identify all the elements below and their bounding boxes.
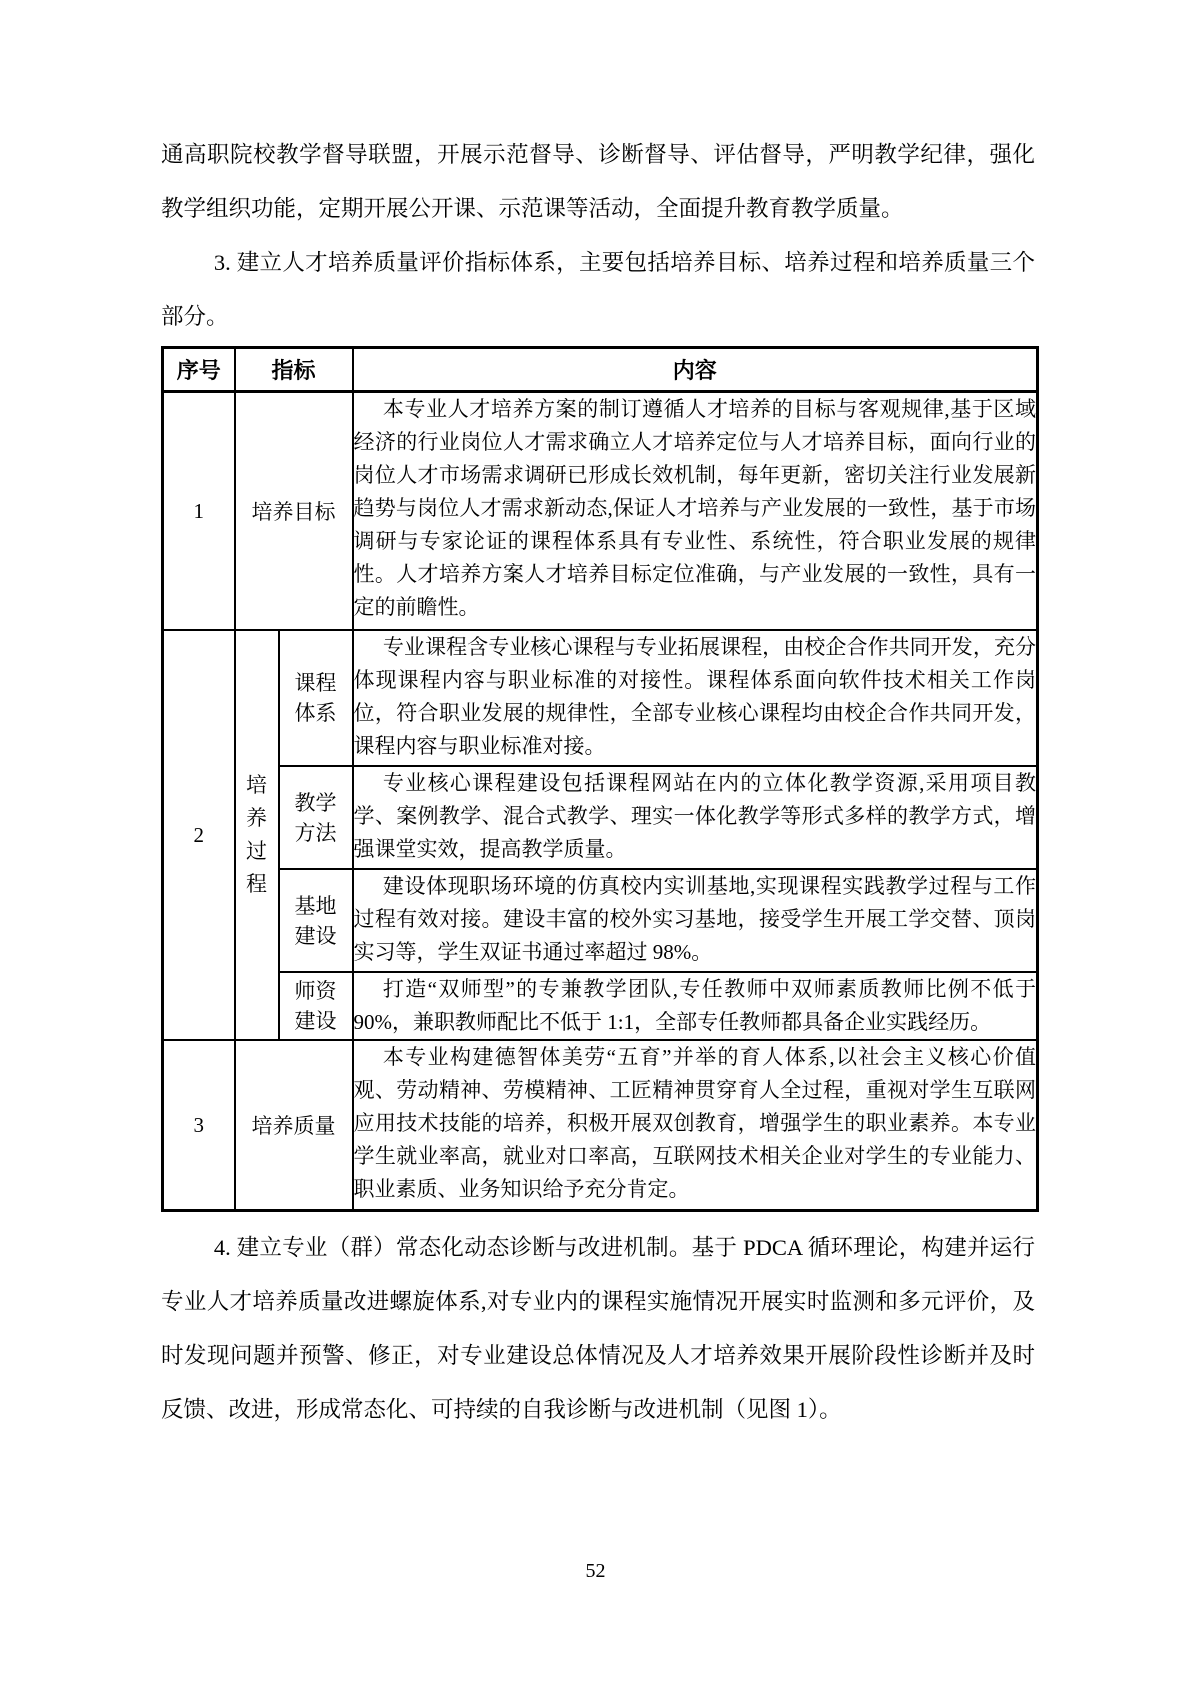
row2-sub3-content-cell: 建设体现职场环境的仿真校内实训基地,实现课程实践教学过程与工作过程有效对接。建设… [353, 869, 1038, 972]
table-row-2-sub-1: 2 培养过程 课程体系 专业课程含专业核心课程与专业拓展课程，由校企合作共同开发… [163, 630, 1038, 766]
sub-label: 课程体系 [294, 668, 338, 728]
row1-no-cell: 1 [163, 392, 235, 631]
intro-paragraph-continuation: 通高职院校教学督导联盟，开展示范督导、诊断督导、评估督导，严明教学纪律，强化教学… [161, 128, 1035, 236]
vertical-label: 培养过程 [245, 769, 268, 901]
row2-sub3-label-cell: 基地建设 [279, 869, 353, 972]
intro-paragraph-item-3: 3. 建立人才培养质量评价指标体系，主要包括培养目标、培养过程和培养质量三个部分… [161, 236, 1035, 344]
row2-sub1-label-cell: 课程体系 [279, 630, 353, 766]
table-row-2-sub-2: 教学方法 专业核心课程建设包括课程网站在内的立体化教学资源,采用项目教学、案例教… [163, 766, 1038, 869]
table-row-2-sub-4: 师资建设 打造“双师型”的专兼教学团队,专任教师中双师素质教师比例不低于 90%… [163, 972, 1038, 1040]
table-row-1: 1 培养目标 本专业人才培养方案的制订遵循人才培养的目标与客观规律,基于区域经济… [163, 392, 1038, 631]
table-header-row: 序号 指标 内容 [163, 348, 1038, 392]
row2-sub4-content-cell: 打造“双师型”的专兼教学团队,专任教师中双师素质教师比例不低于 90%，兼职教师… [353, 972, 1038, 1040]
header-cell-indicator: 指标 [235, 348, 353, 392]
page-number: 52 [0, 1560, 1191, 1583]
header-cell-no: 序号 [163, 348, 235, 392]
evaluation-indicator-table: 序号 指标 内容 1 培养目标 本专业人才培养方案的制订遵循人才培养的目标与客观… [161, 346, 1039, 1212]
row2-no-cell: 2 [163, 630, 235, 1040]
row2-sub1-content-cell: 专业课程含专业核心课程与专业拓展课程，由校企合作共同开发，充分体现课程内容与职业… [353, 630, 1038, 766]
sub-label: 教学方法 [294, 788, 338, 848]
sub-label: 师资建设 [294, 976, 338, 1036]
row2-sub2-content-cell: 专业核心课程建设包括课程网站在内的立体化教学资源,采用项目教学、案例教学、混合式… [353, 766, 1038, 869]
row3-indicator-cell: 培养质量 [235, 1040, 353, 1211]
row1-indicator-cell: 培养目标 [235, 392, 353, 631]
row1-content-cell: 本专业人才培养方案的制订遵循人才培养的目标与客观规律,基于区域经济的行业岗位人才… [353, 392, 1038, 631]
row2-sub4-label-cell: 师资建设 [279, 972, 353, 1040]
document-page: 通高职院校教学督导联盟，开展示范督导、诊断督导、评估督导，严明教学纪律，强化教学… [0, 0, 1191, 1684]
row3-content-cell: 本专业构建德智体美劳“五育”并举的育人体系,以社会主义核心价值观、劳动精神、劳模… [353, 1040, 1038, 1211]
table-row-3: 3 培养质量 本专业构建德智体美劳“五育”并举的育人体系,以社会主义核心价值观、… [163, 1040, 1038, 1211]
table-row-2-sub-3: 基地建设 建设体现职场环境的仿真校内实训基地,实现课程实践教学过程与工作过程有效… [163, 869, 1038, 972]
row2-sub2-label-cell: 教学方法 [279, 766, 353, 869]
outro-paragraph-item-4: 4. 建立专业（群）常态化动态诊断与改进机制。基于 PDCA 循环理论，构建并运… [161, 1221, 1035, 1437]
header-cell-content: 内容 [353, 348, 1038, 392]
page-content: 通高职院校教学督导联盟，开展示范督导、诊断督导、评估督导，严明教学纪律，强化教学… [161, 128, 1035, 1437]
sub-label: 基地建设 [294, 891, 338, 951]
row3-no-cell: 3 [163, 1040, 235, 1211]
row2-indicator-cell: 培养过程 [235, 630, 279, 1040]
